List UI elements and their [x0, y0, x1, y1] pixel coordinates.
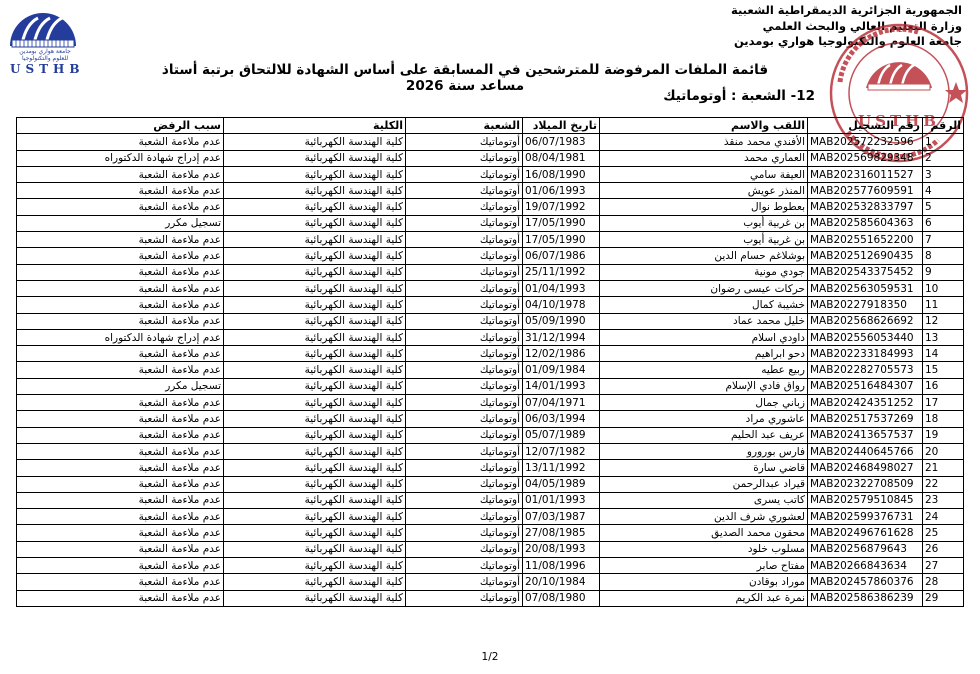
registration-number: MAB202316011527	[808, 166, 923, 182]
faculty: كلية الهندسة الكهربائية	[224, 183, 406, 199]
specialty: أوتوماتيك	[406, 509, 523, 525]
registration-number: MAB202517537269	[808, 411, 923, 427]
specialty: أوتوماتيك	[406, 199, 523, 215]
col-header-specialty: الشعبة	[406, 118, 523, 134]
birth-date: 07/08/1980	[523, 590, 600, 606]
candidate-name: المنذر عويش	[600, 183, 808, 199]
specialty: أوتوماتيك	[406, 427, 523, 443]
registration-number: MAB202532833797	[808, 199, 923, 215]
registration-number: MAB202586386239	[808, 590, 923, 606]
table-row: 2MAB202569829348العماري محمد08/04/1981أو…	[17, 150, 964, 166]
specialty: أوتوماتيك	[406, 329, 523, 345]
birth-date: 06/03/1994	[523, 411, 600, 427]
table-row: 21MAB202468498027قاضي سارة13/11/1992أوتو…	[17, 460, 964, 476]
registration-number: MAB202551652200	[808, 232, 923, 248]
faculty: كلية الهندسة الكهربائية	[224, 346, 406, 362]
rejection-reason: عدم ملاءمة الشعبة	[17, 297, 224, 313]
table-row: 16MAB202516484307رواق فادي الإسلام14/01/…	[17, 378, 964, 394]
candidate-name: العماري محمد	[600, 150, 808, 166]
specialty: أوتوماتيك	[406, 297, 523, 313]
specialty: أوتوماتيك	[406, 558, 523, 574]
registration-number: MAB202282705573	[808, 362, 923, 378]
specialty: أوتوماتيك	[406, 460, 523, 476]
rejection-reason: عدم ملاءمة الشعبة	[17, 166, 224, 182]
faculty: كلية الهندسة الكهربائية	[224, 313, 406, 329]
faculty: كلية الهندسة الكهربائية	[224, 215, 406, 231]
rejection-reason: عدم ملاءمة الشعبة	[17, 411, 224, 427]
birth-date: 05/09/1990	[523, 313, 600, 329]
candidate-name: العيفة سامي	[600, 166, 808, 182]
candidate-name: جودي مونية	[600, 264, 808, 280]
candidate-name: محقون محمد الصديق	[600, 525, 808, 541]
logo-arabic-line2: للعلوم والتكنولوجيا	[16, 55, 74, 62]
specialty: أوتوماتيك	[406, 248, 523, 264]
table-row: 19MAB202413657537عريف عبد الحليم05/07/19…	[17, 427, 964, 443]
specialty: أوتوماتيك	[406, 183, 523, 199]
registration-number: MAB202568626692	[808, 313, 923, 329]
row-number: 21	[923, 460, 964, 476]
faculty: كلية الهندسة الكهربائية	[224, 378, 406, 394]
specialty: أوتوماتيك	[406, 574, 523, 590]
specialty: أوتوماتيك	[406, 476, 523, 492]
candidate-name: الأفندي محمد منقذ	[600, 134, 808, 150]
rejection-reason: عدم إدراج شهادة الدكتوراه	[17, 329, 224, 345]
rejected-candidates-table: الرقم رقم التسجيل اللقب والاسم تاريخ الم…	[16, 117, 964, 607]
candidate-name: عريف عبد الحليم	[600, 427, 808, 443]
table-row: 15MAB202282705573ربيع عطيه01/09/1984أوتو…	[17, 362, 964, 378]
birth-date: 20/08/1993	[523, 541, 600, 557]
row-number: 11	[923, 297, 964, 313]
row-number: 10	[923, 280, 964, 296]
birth-date: 01/09/1984	[523, 362, 600, 378]
specialty: أوتوماتيك	[406, 346, 523, 362]
birth-date: 16/08/1990	[523, 166, 600, 182]
row-number: 7	[923, 232, 964, 248]
registration-number: MAB202440645766	[808, 443, 923, 459]
registration-number: MAB202512690435	[808, 248, 923, 264]
faculty: كلية الهندسة الكهربائية	[224, 329, 406, 345]
registration-number: MAB202572232596	[808, 134, 923, 150]
candidate-name: مفتاح صابر	[600, 558, 808, 574]
col-header-registration: رقم التسجيل	[808, 118, 923, 134]
table-header-row: الرقم رقم التسجيل اللقب والاسم تاريخ الم…	[17, 118, 964, 134]
candidate-name: مسلوب خلود	[600, 541, 808, 557]
table-row: 20MAB202440645766فارس بورورو12/07/1982أو…	[17, 443, 964, 459]
faculty: كلية الهندسة الكهربائية	[224, 476, 406, 492]
table-row: 1MAB202572232596الأفندي محمد منقذ06/07/1…	[17, 134, 964, 150]
candidate-name: بعطوط نوال	[600, 199, 808, 215]
row-number: 23	[923, 492, 964, 508]
birth-date: 12/02/1986	[523, 346, 600, 362]
faculty: كلية الهندسة الكهربائية	[224, 492, 406, 508]
table-row: 8MAB202512690435بوشلاغم حسام الدين06/07/…	[17, 248, 964, 264]
registration-number: MAB202424351252	[808, 395, 923, 411]
specialty: أوتوماتيك	[406, 443, 523, 459]
rejection-reason: عدم ملاءمة الشعبة	[17, 590, 224, 606]
table-row: 13MAB202556053440داودي اسلام31/12/1994أو…	[17, 329, 964, 345]
rejection-reason: عدم ملاءمة الشعبة	[17, 313, 224, 329]
row-number: 24	[923, 509, 964, 525]
faculty: كلية الهندسة الكهربائية	[224, 264, 406, 280]
birth-date: 14/01/1993	[523, 378, 600, 394]
registration-number: MAB20227918350	[808, 297, 923, 313]
row-number: 19	[923, 427, 964, 443]
table-row: 9MAB202543375452جودي مونية25/11/1992أوتو…	[17, 264, 964, 280]
candidate-name: موراد بوقادن	[600, 574, 808, 590]
birth-date: 19/07/1992	[523, 199, 600, 215]
university-line: جامعة العلوم والتكنولوجيا هواري بومدين	[731, 34, 962, 50]
registration-number: MAB202496761628	[808, 525, 923, 541]
logo-arabic-line1: جامعة هواري بومدين	[16, 48, 74, 55]
registration-number: MAB202585604363	[808, 215, 923, 231]
candidate-name: فارس بورورو	[600, 443, 808, 459]
birth-date: 07/03/1987	[523, 509, 600, 525]
rejection-reason: عدم إدراج شهادة الدكتوراه	[17, 150, 224, 166]
row-number: 28	[923, 574, 964, 590]
row-number: 14	[923, 346, 964, 362]
rejection-reason: عدم ملاءمة الشعبة	[17, 427, 224, 443]
registration-number: MAB20256879643	[808, 541, 923, 557]
registration-number: MAB202599376731	[808, 509, 923, 525]
rejection-reason: عدم ملاءمة الشعبة	[17, 134, 224, 150]
candidate-name: ربيع عطيه	[600, 362, 808, 378]
registration-number: MAB202322708509	[808, 476, 923, 492]
rejection-reason: عدم ملاءمة الشعبة	[17, 558, 224, 574]
row-number: 27	[923, 558, 964, 574]
birth-date: 06/07/1986	[523, 248, 600, 264]
table-row: 29MAB202586386239نمرة عبد الكريم07/08/19…	[17, 590, 964, 606]
registration-number: MAB202413657537	[808, 427, 923, 443]
rejection-reason: عدم ملاءمة الشعبة	[17, 509, 224, 525]
faculty: كلية الهندسة الكهربائية	[224, 362, 406, 378]
row-number: 16	[923, 378, 964, 394]
birth-date: 07/04/1971	[523, 395, 600, 411]
col-header-birthdate: تاريخ الميلاد	[523, 118, 600, 134]
specialty: أوتوماتيك	[406, 541, 523, 557]
row-number: 4	[923, 183, 964, 199]
faculty: كلية الهندسة الكهربائية	[224, 509, 406, 525]
candidate-name: لعشوري شرف الدين	[600, 509, 808, 525]
registration-number: MAB202563059531	[808, 280, 923, 296]
table-row: 12MAB202568626692خليل محمد عماد05/09/199…	[17, 313, 964, 329]
specialty: أوتوماتيك	[406, 362, 523, 378]
specialty: أوتوماتيك	[406, 232, 523, 248]
candidate-name: بوشلاغم حسام الدين	[600, 248, 808, 264]
faculty: كلية الهندسة الكهربائية	[224, 427, 406, 443]
row-number: 26	[923, 541, 964, 557]
rejection-reason: عدم ملاءمة الشعبة	[17, 280, 224, 296]
table-row: 5MAB202532833797بعطوط نوال19/07/1992أوتو…	[17, 199, 964, 215]
birth-date: 31/12/1994	[523, 329, 600, 345]
birth-date: 05/07/1989	[523, 427, 600, 443]
specialty: أوتوماتيك	[406, 492, 523, 508]
birth-date: 25/11/1992	[523, 264, 600, 280]
faculty: كلية الهندسة الكهربائية	[224, 460, 406, 476]
faculty: كلية الهندسة الكهربائية	[224, 134, 406, 150]
specialty: أوتوماتيك	[406, 215, 523, 231]
faculty: كلية الهندسة الكهربائية	[224, 150, 406, 166]
rejection-reason: عدم ملاءمة الشعبة	[17, 476, 224, 492]
rejection-reason: عدم ملاءمة الشعبة	[17, 346, 224, 362]
candidate-name: بن غربية أيوب	[600, 232, 808, 248]
row-number: 25	[923, 525, 964, 541]
birth-date: 20/10/1984	[523, 574, 600, 590]
specialty: أوتوماتيك	[406, 280, 523, 296]
rejection-reason: عدم ملاءمة الشعبة	[17, 183, 224, 199]
row-number: 12	[923, 313, 964, 329]
birth-date: 01/04/1993	[523, 280, 600, 296]
birth-date: 08/04/1981	[523, 150, 600, 166]
faculty: كلية الهندسة الكهربائية	[224, 443, 406, 459]
candidate-name: عاشوري مراد	[600, 411, 808, 427]
table-row: 4MAB202577609591المنذر عويش01/06/1993أوت…	[17, 183, 964, 199]
specialty: أوتوماتيك	[406, 590, 523, 606]
page-number: 1/2	[0, 651, 980, 663]
row-number: 20	[923, 443, 964, 459]
birth-date: 12/07/1982	[523, 443, 600, 459]
faculty: كلية الهندسة الكهربائية	[224, 411, 406, 427]
logo-acronym: USTHB	[10, 62, 80, 76]
col-header-faculty: الكلية	[224, 118, 406, 134]
faculty: كلية الهندسة الكهربائية	[224, 395, 406, 411]
candidate-name: زباني جمال	[600, 395, 808, 411]
logo-arabic-text: جامعة هواري بومدين للعلوم والتكنولوجيا	[16, 48, 74, 62]
table-row: 6MAB202585604363بن غربية أيوب17/05/1990أ…	[17, 215, 964, 231]
faculty: كلية الهندسة الكهربائية	[224, 280, 406, 296]
table-row: 26MAB20256879643مسلوب خلود20/08/1993أوتو…	[17, 541, 964, 557]
specialty: أوتوماتيك	[406, 264, 523, 280]
row-number: 15	[923, 362, 964, 378]
table-row: 7MAB202551652200بن غربية أيوب17/05/1990أ…	[17, 232, 964, 248]
faculty: كلية الهندسة الكهربائية	[224, 525, 406, 541]
candidate-name: كاتب يسرى	[600, 492, 808, 508]
rejection-reason: عدم ملاءمة الشعبة	[17, 525, 224, 541]
row-number: 3	[923, 166, 964, 182]
candidate-name: خشيبة كمال	[600, 297, 808, 313]
table-row: 10MAB202563059531حركات عيسى رضوان01/04/1…	[17, 280, 964, 296]
specialty: أوتوماتيك	[406, 525, 523, 541]
rejection-reason: عدم ملاءمة الشعبة	[17, 232, 224, 248]
rejection-reason: عدم ملاءمة الشعبة	[17, 199, 224, 215]
birth-date: 06/07/1983	[523, 134, 600, 150]
birth-date: 17/05/1990	[523, 232, 600, 248]
registration-number: MAB20266843634	[808, 558, 923, 574]
institution-header: الجمهورية الجزائرية الديمقراطية الشعبية …	[731, 3, 962, 50]
birth-date: 01/01/1993	[523, 492, 600, 508]
birth-date: 17/05/1990	[523, 215, 600, 231]
rejection-reason: عدم ملاءمة الشعبة	[17, 264, 224, 280]
candidate-name: خليل محمد عماد	[600, 313, 808, 329]
table-body: 1MAB202572232596الأفندي محمد منقذ06/07/1…	[17, 134, 964, 607]
rejection-reason: تسجيل مكرر	[17, 215, 224, 231]
registration-number: MAB202579510845	[808, 492, 923, 508]
table-row: 27MAB20266843634مفتاح صابر11/08/1996أوتو…	[17, 558, 964, 574]
faculty: كلية الهندسة الكهربائية	[224, 166, 406, 182]
registration-number: MAB202543375452	[808, 264, 923, 280]
rejection-reason: عدم ملاءمة الشعبة	[17, 395, 224, 411]
birth-date: 04/05/1989	[523, 476, 600, 492]
faculty: كلية الهندسة الكهربائية	[224, 248, 406, 264]
rejection-reason: عدم ملاءمة الشعبة	[17, 362, 224, 378]
col-header-name: اللقب والاسم	[600, 118, 808, 134]
table-row: 11MAB20227918350خشيبة كمال04/10/1978أوتو…	[17, 297, 964, 313]
table-row: 17MAB202424351252زباني جمال07/04/1971أوت…	[17, 395, 964, 411]
faculty: كلية الهندسة الكهربائية	[224, 574, 406, 590]
birth-date: 01/06/1993	[523, 183, 600, 199]
table-row: 3MAB202316011527العيفة سامي16/08/1990أوت…	[17, 166, 964, 182]
table-row: 22MAB202322708509قيراد عبدالرحمن04/05/19…	[17, 476, 964, 492]
col-header-reason: سبب الرفض	[17, 118, 224, 134]
specialty: أوتوماتيك	[406, 411, 523, 427]
row-number: 6	[923, 215, 964, 231]
birth-date: 13/11/1992	[523, 460, 600, 476]
republic-line: الجمهورية الجزائرية الديمقراطية الشعبية	[731, 3, 962, 19]
specialty: أوتوماتيك	[406, 166, 523, 182]
registration-number: MAB202569829348	[808, 150, 923, 166]
registration-number: MAB202468498027	[808, 460, 923, 476]
ministry-line: وزارة التعليم العالي والبحث العلمي	[731, 19, 962, 35]
faculty: كلية الهندسة الكهربائية	[224, 297, 406, 313]
row-number: 18	[923, 411, 964, 427]
specialty: أوتوماتيك	[406, 313, 523, 329]
candidate-name: بن غربية أيوب	[600, 215, 808, 231]
faculty: كلية الهندسة الكهربائية	[224, 558, 406, 574]
row-number: 9	[923, 264, 964, 280]
candidate-name: قاضي سارة	[600, 460, 808, 476]
birth-date: 11/08/1996	[523, 558, 600, 574]
candidate-name: دحو ابراهيم	[600, 346, 808, 362]
table-row: 28MAB202457860376موراد بوقادن20/10/1984أ…	[17, 574, 964, 590]
row-number: 5	[923, 199, 964, 215]
rejection-reason: عدم ملاءمة الشعبة	[17, 492, 224, 508]
specialty: أوتوماتيك	[406, 378, 523, 394]
table-row: 25MAB202496761628محقون محمد الصديق27/08/…	[17, 525, 964, 541]
col-header-number: الرقم	[923, 118, 964, 134]
registration-number: MAB202457860376	[808, 574, 923, 590]
faculty: كلية الهندسة الكهربائية	[224, 541, 406, 557]
table-row: 24MAB202599376731لعشوري شرف الدين07/03/1…	[17, 509, 964, 525]
specialty-subtitle: 12- الشعبة : أوتوماتيك	[663, 88, 815, 104]
row-number: 2	[923, 150, 964, 166]
rejection-reason: عدم ملاءمة الشعبة	[17, 460, 224, 476]
row-number: 8	[923, 248, 964, 264]
candidate-name: رواق فادي الإسلام	[600, 378, 808, 394]
row-number: 29	[923, 590, 964, 606]
row-number: 13	[923, 329, 964, 345]
birth-date: 04/10/1978	[523, 297, 600, 313]
table-row: 18MAB202517537269عاشوري مراد06/03/1994أو…	[17, 411, 964, 427]
university-logo: جامعة هواري بومدين للعلوم والتكنولوجيا U…	[8, 10, 78, 72]
specialty: أوتوماتيك	[406, 395, 523, 411]
registration-number: MAB202516484307	[808, 378, 923, 394]
registration-number: MAB202233184993	[808, 346, 923, 362]
birth-date: 27/08/1985	[523, 525, 600, 541]
registration-number: MAB202577609591	[808, 183, 923, 199]
candidate-name: حركات عيسى رضوان	[600, 280, 808, 296]
specialty: أوتوماتيك	[406, 150, 523, 166]
row-number: 22	[923, 476, 964, 492]
faculty: كلية الهندسة الكهربائية	[224, 590, 406, 606]
faculty: كلية الهندسة الكهربائية	[224, 232, 406, 248]
specialty: أوتوماتيك	[406, 134, 523, 150]
registration-number: MAB202556053440	[808, 329, 923, 345]
rejection-reason: تسجيل مكرر	[17, 378, 224, 394]
table-row: 14MAB202233184993دحو ابراهيم12/02/1986أو…	[17, 346, 964, 362]
rejection-reason: عدم ملاءمة الشعبة	[17, 541, 224, 557]
faculty: كلية الهندسة الكهربائية	[224, 199, 406, 215]
table-row: 23MAB202579510845كاتب يسرى01/01/1993أوتو…	[17, 492, 964, 508]
candidate-name: نمرة عبد الكريم	[600, 590, 808, 606]
candidate-name: داودي اسلام	[600, 329, 808, 345]
rejection-reason: عدم ملاءمة الشعبة	[17, 443, 224, 459]
candidate-name: قيراد عبدالرحمن	[600, 476, 808, 492]
logo-dome-icon	[8, 10, 78, 50]
row-number: 1	[923, 134, 964, 150]
row-number: 17	[923, 395, 964, 411]
rejection-reason: عدم ملاءمة الشعبة	[17, 574, 224, 590]
rejection-reason: عدم ملاءمة الشعبة	[17, 248, 224, 264]
